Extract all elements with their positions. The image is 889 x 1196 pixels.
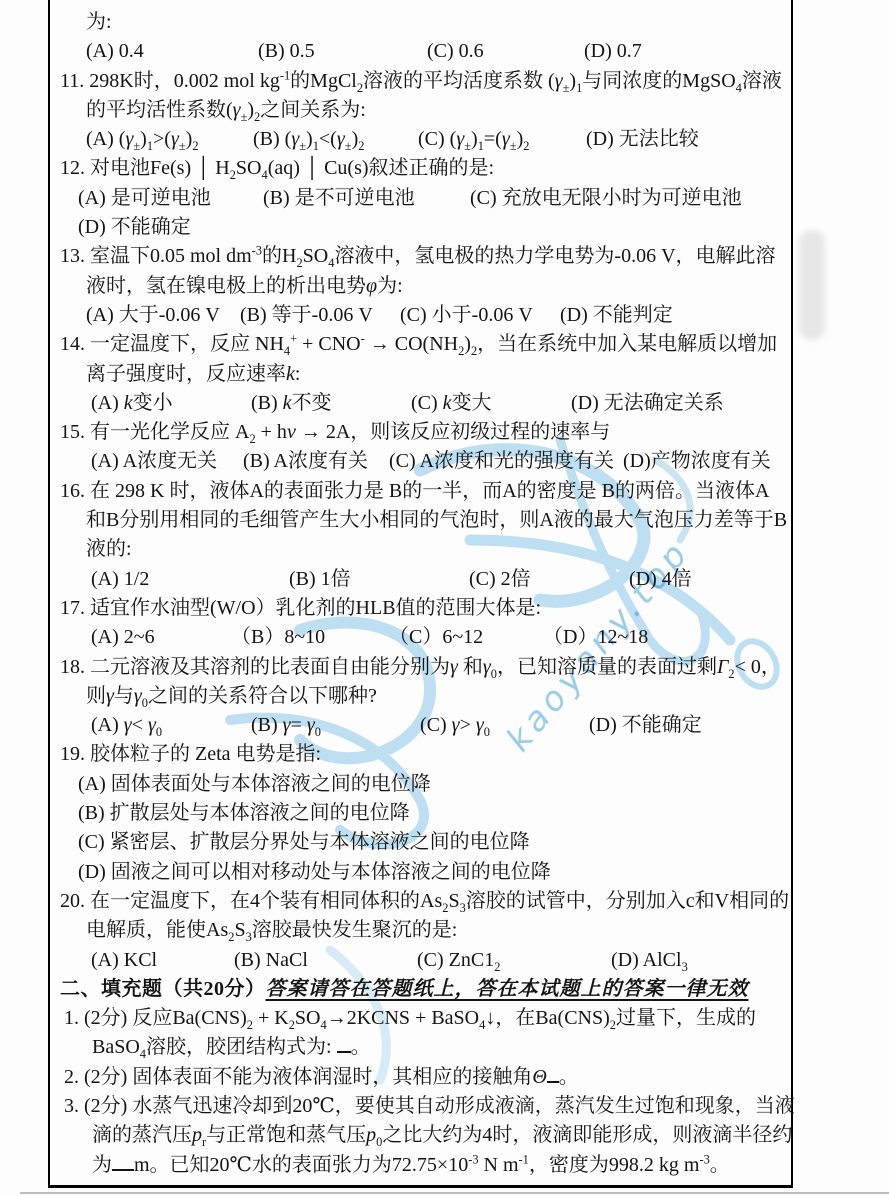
text-segment: (C) (γ±)1=(γ±)2 [418, 125, 586, 154]
text-line: 和B分别用相同的毛细管产生大小相同的气泡时，则A液的最大气泡压力差等于B [49, 506, 809, 535]
text-segment: 16. 在 298 K 时，液体A的表面张力是 B的一半，而A的密度是 B的两倍… [60, 477, 769, 506]
text-segment: 19. 胶体粒子的 Zeta 电势是指: [60, 740, 321, 769]
text-segment: (D) 无法比较 [586, 125, 699, 154]
text-segment: (C) k变大 [411, 389, 571, 418]
text-segment: (B) 扩散层处与本体溶液之间的电位降 [78, 799, 410, 828]
text-line: 14. 一定温度下，反应 NH4+ + CNO- → CO(NH2)2，当在系统… [49, 330, 809, 359]
text-segment: 18. 二元溶液及其溶剂的比表面自由能分别为γ 和γ0，已知溶质量的表面过剩Γ2… [60, 653, 781, 682]
text-line: 的平均活性系数(γ±)2之间关系为: [49, 96, 809, 125]
text-segment: (B) 等于-0.06 V [240, 301, 400, 330]
text-line: (A) 固体表面处与本体溶液之间的电位降 [49, 770, 809, 799]
text-segment: (C) A浓度和光的强度有关 [389, 447, 623, 476]
text-line: 电解质，能使As2S3溶胶最快发生聚沉的是: [49, 916, 809, 945]
answer-blank [547, 1064, 559, 1083]
text-segment: (C) 2倍 [469, 565, 629, 594]
text-segment: (D) 固液之间可以相对移动处与本体溶液之间的电位降 [78, 858, 551, 887]
text-line: 滴的蒸汽压pr与正常饱和蒸气压p0之比大约为4时，液滴即能形成，则液滴半径约 [49, 1121, 809, 1150]
text-line: 11. 298K时，0.002 mol kg-1的MgCl2溶液的平均活度系数 … [49, 67, 809, 96]
page-border-bottom [48, 1185, 793, 1188]
text-segment: 20. 在一定温度下，在4个装有相同体积的As2S3溶胶的试管中，分别加入c和V… [60, 887, 789, 916]
exam-content: 为:(A) 0.4(B) 0.5(C) 0.6(D) 0.711. 298K时，… [49, 8, 809, 1180]
text-segment: (A) 1/2 [91, 565, 289, 594]
text-line: 20. 在一定温度下，在4个装有相同体积的As2S3溶胶的试管中，分别加入c和V… [49, 887, 809, 916]
text-line: 为m。已知20℃水的表面张力为72.75×10-3 N m-1，密度为998.2… [49, 1151, 809, 1180]
text-segment: (A) 大于-0.06 V [86, 301, 240, 330]
text-line: (A) 0.4(B) 0.5(C) 0.6(D) 0.7 [49, 37, 809, 66]
text-segment: (A) γ< γ0 [91, 711, 251, 740]
text-segment: (C) 小于-0.06 V [400, 301, 560, 330]
text-line: BaSO4溶胶，胶团结构式为: 。 [49, 1033, 809, 1062]
text-segment: 答案请答在答题纸上，答在本试题上的答案一律无效 [266, 975, 749, 1004]
text-line: 15. 有一光化学反应 A2 + hν → 2A，则该反应初级过程的速率与 [49, 418, 809, 447]
text-segment: 则γ与γ0之间的关系符合以下哪种? [86, 682, 377, 711]
text-line: (A) (γ±)1>(γ±)2(B) (γ±)1<(γ±)2(C) (γ±)1=… [49, 125, 809, 154]
text-segment: (C) ZnC12 [417, 946, 611, 975]
scan-artifact-line [20, 1192, 889, 1194]
text-line: (A) 1/2(B) 1倍(C) 2倍(D) 4倍 [49, 565, 809, 594]
text-segment: （C）6~12 [389, 623, 543, 652]
text-segment: (D) 不能判定 [560, 301, 673, 330]
text-segment: (D) 无法确定关系 [571, 389, 724, 418]
text-line: (A) A浓度无关(B) A浓度有关(C) A浓度和光的强度有关(D)产物浓度有… [49, 447, 809, 476]
text-segment: （D）12~18 [543, 623, 648, 652]
text-segment: (D) AlCl3 [611, 946, 688, 975]
text-line: 离子强度时，反应速率k: [49, 360, 809, 389]
exam-page: kaoyany.top 为:(A) 0.4(B) 0.5(C) 0.6(D) 0… [0, 0, 889, 1196]
text-segment: (B) k不变 [251, 389, 411, 418]
text-segment: (B) A浓度有关 [243, 447, 389, 476]
text-line: 19. 胶体粒子的 Zeta 电势是指: [49, 740, 809, 769]
answer-blank [337, 1034, 351, 1053]
text-segment: 离子强度时，反应速率k: [86, 360, 300, 389]
text-line: (B) 扩散层处与本体溶液之间的电位降 [49, 799, 809, 828]
text-segment: (A) KCl [91, 946, 234, 975]
text-segment: (C) 0.6 [427, 37, 584, 66]
text-segment: 液的: [86, 535, 132, 564]
text-segment: (A) 固体表面处与本体溶液之间的电位降 [78, 770, 431, 799]
text-segment: (A) k变小 [91, 389, 251, 418]
text-segment: 电解质，能使As2S3溶胶最快发生聚沉的是: [86, 916, 457, 945]
text-line: (D) 不能确定 [49, 213, 809, 242]
text-segment: (A) 0.4 [86, 37, 258, 66]
text-segment: (B) 0.5 [258, 37, 427, 66]
text-line: (A) KCl(B) NaCl(C) ZnC12(D) AlCl3 [49, 946, 809, 975]
text-segment: 11. 298K时，0.002 mol kg-1的MgCl2溶液的平均活度系数 … [60, 67, 782, 96]
text-segment: 2. (2分) 固体表面不能为液体润湿时，其相应的接触角Θ。 [64, 1063, 579, 1092]
text-segment: (D) 4倍 [629, 565, 692, 594]
text-segment: (B) 是不可逆电池 [263, 184, 470, 213]
text-line: 16. 在 298 K 时，液体A的表面张力是 B的一半，而A的密度是 B的两倍… [49, 477, 809, 506]
text-line: 为: [49, 8, 809, 37]
text-segment: (B) 1倍 [289, 565, 469, 594]
text-segment: 液时，氢在镍电极上的析出电势φ为: [86, 272, 403, 301]
text-segment: (A) A浓度无关 [91, 447, 243, 476]
text-line: (C) 紧密层、扩散层分界处与本体溶液之间的电位降 [49, 828, 809, 857]
text-line: (A) 是可逆电池(B) 是不可逆电池(C) 充放电无限小时为可逆电池 [49, 184, 809, 213]
text-segment: (B) γ= γ0 [251, 711, 420, 740]
text-segment: 15. 有一光化学反应 A2 + hν → 2A，则该反应初级过程的速率与 [60, 418, 610, 447]
text-segment: 14. 一定温度下，反应 NH4+ + CNO- → CO(NH2)2，当在系统… [60, 330, 777, 359]
text-line: (A) γ< γ0(B) γ= γ0(C) γ> γ0(D) 不能确定 [49, 711, 809, 740]
text-segment: (D) 不能确定 [589, 711, 702, 740]
text-line: 3. (2分) 水蒸气迅速冷却到20℃，要使其自动形成液滴，蒸汽发生过饱和现象，… [49, 1092, 809, 1121]
text-segment: (C) γ> γ0 [420, 711, 589, 740]
text-segment: (A) 2~6 [91, 623, 231, 652]
text-segment: (D) 不能确定 [78, 213, 191, 242]
text-segment: 滴的蒸汽压pr与正常饱和蒸气压p0之比大约为4时，液滴即能形成，则液滴半径约 [92, 1121, 792, 1150]
text-line: (D) 固液之间可以相对移动处与本体溶液之间的电位降 [49, 858, 809, 887]
text-segment: 和B分别用相同的毛细管产生大小相同的气泡时，则A液的最大气泡压力差等于B [86, 506, 787, 535]
text-line: 17. 适宜作水油型(W/O）乳化剂的HLB值的范围大体是: [49, 594, 809, 623]
text-segment: 为m。已知20℃水的表面张力为72.75×10-3 N m-1，密度为998.2… [92, 1151, 730, 1180]
text-segment: 1. (2分) 反应Ba(CNS)2 + K2SO4→2KCNS + BaSO4… [64, 1004, 756, 1033]
text-segment: (D) 0.7 [584, 37, 642, 66]
text-line: 液的: [49, 535, 809, 564]
text-line: (A) 大于-0.06 V(B) 等于-0.06 V(C) 小于-0.06 V(… [49, 301, 809, 330]
text-segment: 13. 室温下0.05 mol dm-3的H2SO4溶液中，氢电极的热力学电势为… [60, 242, 776, 271]
text-segment: (B) (γ±)1<(γ±)2 [253, 125, 418, 154]
text-segment: (A) 是可逆电池 [78, 184, 263, 213]
text-line: 则γ与γ0之间的关系符合以下哪种? [49, 682, 809, 711]
text-segment: 3. (2分) 水蒸气迅速冷却到20℃，要使其自动形成液滴，蒸汽发生过饱和现象，… [64, 1092, 795, 1121]
text-line: 12. 对电池Fe(s) │ H2SO4(aq) │ Cu(s)叙述正确的是: [49, 154, 809, 183]
text-segment: 17. 适宜作水油型(W/O）乳化剂的HLB值的范围大体是: [60, 594, 541, 623]
text-segment: (D)产物浓度有关 [623, 447, 771, 476]
text-segment: （B）8~10 [231, 623, 389, 652]
text-line: 18. 二元溶液及其溶剂的比表面自由能分别为γ 和γ0，已知溶质量的表面过剩Γ2… [49, 653, 809, 682]
text-line: 2. (2分) 固体表面不能为液体润湿时，其相应的接触角Θ。 [49, 1063, 809, 1092]
text-line: 二、填充题（共20分）答案请答在答题纸上，答在本试题上的答案一律无效 [49, 975, 809, 1004]
text-line: 13. 室温下0.05 mol dm-3的H2SO4溶液中，氢电极的热力学电势为… [49, 242, 809, 271]
text-segment: BaSO4溶胶，胶团结构式为: 。 [92, 1033, 371, 1062]
text-segment: (A) (γ±)1>(γ±)2 [86, 125, 253, 154]
answer-blank [112, 1152, 134, 1171]
text-segment: (C) 充放电无限小时为可逆电池 [470, 184, 742, 213]
text-line: 液时，氢在镍电极上的析出电势φ为: [49, 272, 809, 301]
text-segment: 为: [86, 8, 112, 37]
text-line: 1. (2分) 反应Ba(CNS)2 + K2SO4→2KCNS + BaSO4… [49, 1004, 809, 1033]
text-line: (A) k变小(B) k不变(C) k变大(D) 无法确定关系 [49, 389, 809, 418]
text-segment: 二、填充题（共20分） [60, 975, 266, 1004]
text-segment: (C) 紧密层、扩散层分界处与本体溶液之间的电位降 [78, 828, 530, 857]
text-line: (A) 2~6（B）8~10（C）6~12（D）12~18 [49, 623, 809, 652]
text-segment: (B) NaCl [234, 946, 417, 975]
text-segment: 的平均活性系数(γ±)2之间关系为: [86, 96, 366, 125]
text-segment: 12. 对电池Fe(s) │ H2SO4(aq) │ Cu(s)叙述正确的是: [60, 154, 494, 183]
